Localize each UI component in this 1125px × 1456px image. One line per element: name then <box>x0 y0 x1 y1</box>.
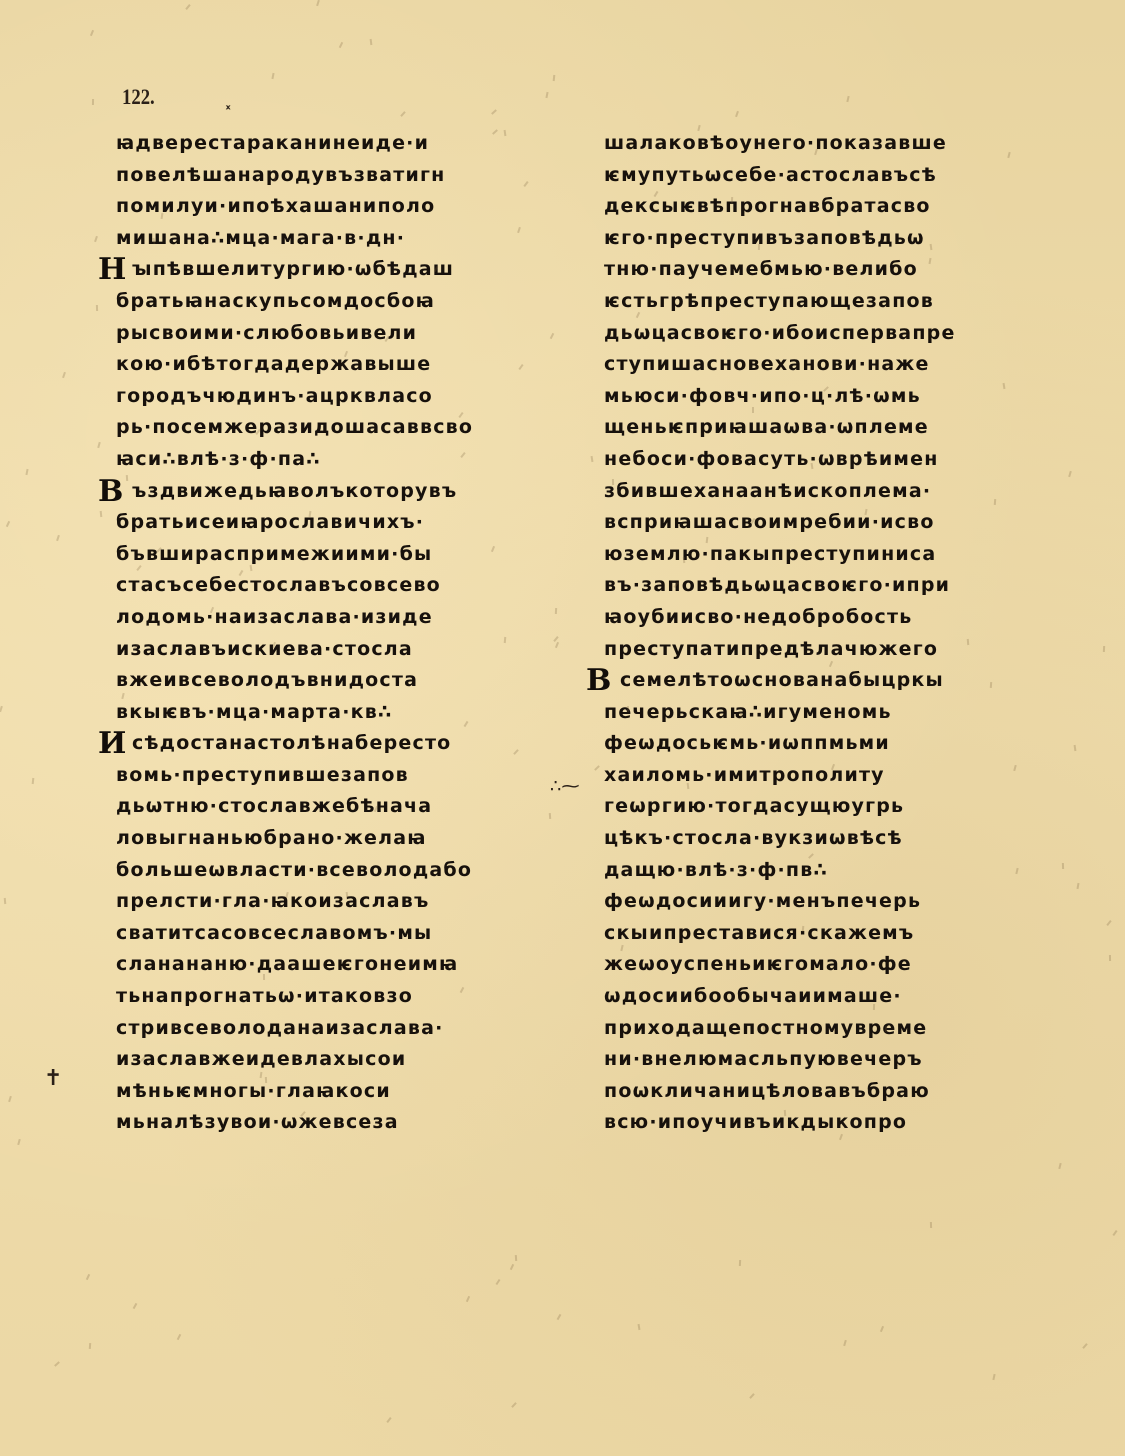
paper-speck <box>62 372 66 378</box>
paper-speck <box>683 557 686 563</box>
line-text: ѡдосиибообычаиимаше· <box>604 985 902 1007</box>
paper-speck <box>92 99 94 105</box>
paper-speck <box>271 73 274 79</box>
text-line: мишана∴мца·мага·в·дн· <box>116 223 556 255</box>
paper-speck <box>557 1314 562 1320</box>
paper-speck <box>731 197 733 203</box>
line-text: повелѣшанародувъзватигн <box>116 164 446 186</box>
paper-speck <box>25 469 28 475</box>
line-text: вомь·преступившезапов <box>116 764 409 786</box>
text-line: братьꙗнаскупьсомдосбоꙗ <box>116 286 556 318</box>
text-line: помилуи·ипоѣхашаниполо <box>116 191 556 223</box>
text-line: Всемелѣтоѡснованабыцркы <box>604 665 1064 697</box>
paper-speck <box>90 30 94 36</box>
paper-speck <box>86 1274 90 1280</box>
text-line: городъчюдинъ·ацрквласо <box>116 381 556 413</box>
text-line: рь·посемжеразидошасаввсво <box>116 412 556 444</box>
paper-speck <box>846 96 849 102</box>
paper-speck <box>94 236 98 242</box>
paper-speck <box>400 111 406 117</box>
line-text: прелсти·гла·ꙗкоизаславъ <box>116 890 429 912</box>
paper-speck <box>1076 883 1079 889</box>
line-text: ѥмупутьѡсебе·астославъсѣ <box>604 164 937 186</box>
paper-speck <box>749 1393 755 1399</box>
paper-speck <box>496 1279 501 1285</box>
text-line: стривсеволоданаизаслава· <box>116 1013 556 1045</box>
paper-speck <box>992 1374 995 1380</box>
text-line: сланананю·даашеѥгонеимꙗ <box>116 949 556 981</box>
text-line: сватитсасовсеславомъ·мы <box>116 918 556 950</box>
paper-speck <box>758 244 760 250</box>
text-line: повелѣшанародувъзватигн <box>116 160 556 192</box>
paper-speck <box>1109 955 1111 961</box>
manuscript-page: 122. ⷯ ✝ ∴⁓ ꙗдверестараканинеиде·иповелѣ… <box>0 0 1125 1456</box>
paper-speck <box>96 305 98 311</box>
paper-speck <box>1106 920 1111 926</box>
text-line: ꙗдверестараканинеиде·и <box>116 128 556 160</box>
text-line: прелсти·гла·ꙗкоизаславъ <box>116 886 556 918</box>
line-text: дащю·влѣ·з·ф·пв∴ <box>604 859 828 881</box>
paper-speck <box>1074 745 1077 751</box>
paper-speck <box>638 1324 641 1330</box>
text-line: Въздвижедьꙗволъкоторувъ <box>116 476 556 508</box>
paper-speck <box>386 1417 391 1423</box>
text-line: ступишасновеханови·наже <box>604 349 1064 381</box>
paper-speck <box>316 0 320 6</box>
line-text: большеѡвласти·всеволодабо <box>116 859 472 881</box>
paper-speck <box>555 642 559 648</box>
paper-speck <box>553 75 556 81</box>
text-line: ѡдосиибообычаиимаше· <box>604 981 1064 1013</box>
line-text: преступатипредѣлачюжего <box>604 638 938 660</box>
line-text: ни·внелюмасльпуювечеръ <box>604 1048 923 1070</box>
line-text: мьюси·фовч·ипо·ц·лѣ·ѡмь <box>604 385 921 407</box>
line-text: дьѡцасвоѥго·ибоиспервапре <box>604 322 956 344</box>
line-text: небоси·фовасуть·ѡврѣимен <box>604 448 939 470</box>
line-text: вкыѥвъ·мца·марта·кв∴ <box>116 701 392 723</box>
paper-speck <box>1103 646 1105 652</box>
line-text: кою·ибѣтогдадержавыше <box>116 353 431 375</box>
paper-speck <box>466 1296 470 1302</box>
line-text: ъздвижедьꙗволъкоторувъ <box>116 480 457 502</box>
text-line: дексыѥвѣпрогнавбратасво <box>604 191 1064 223</box>
paper-speck <box>627 706 629 712</box>
paper-speck <box>511 1402 517 1408</box>
line-text: рысвоими·слюбовьивели <box>116 322 417 344</box>
line-text: стривсеволоданаизаслава· <box>116 1017 444 1039</box>
paper-speck <box>133 1303 138 1309</box>
paper-speck <box>265 1077 267 1083</box>
paper-speck <box>0 706 3 712</box>
line-text: ѥго·преступивъзаповѣдьѡ <box>604 227 925 249</box>
paper-speck <box>97 442 100 448</box>
paper-speck <box>1068 471 1072 477</box>
text-line: шалаковѣоунего·показавше <box>604 128 1064 160</box>
paper-speck <box>177 1334 182 1340</box>
line-text: мишана∴мца·мага·в·дн· <box>116 227 405 249</box>
text-line: дьѡцасвоѥго·ибоиспервапре <box>604 318 1064 350</box>
text-line: ꙗоубиисво·недобробость <box>604 602 1064 634</box>
line-text: печерьскаꙗ∴игуменомь <box>604 701 892 723</box>
text-line: всприꙗшасвоимребии·исво <box>604 507 1064 539</box>
paper-speck <box>967 639 970 645</box>
text-line: феѡдосииигу·менъпечерь <box>604 886 1064 918</box>
paper-speck <box>612 479 614 485</box>
paper-speck <box>549 813 551 819</box>
paper-speck <box>17 1139 20 1145</box>
line-text: сланананю·даашеѥгонеимꙗ <box>116 953 458 975</box>
line-text: братьꙗнаскупьсомдосбоꙗ <box>116 290 435 312</box>
paper-speck <box>994 499 996 505</box>
paper-speck <box>752 407 754 413</box>
paper-speck <box>8 1096 12 1102</box>
paper-speck <box>32 778 35 784</box>
line-text: всприꙗшасвоимребии·исво <box>604 511 935 533</box>
paper-speck <box>510 1264 514 1270</box>
line-text: поѡкличаницѣловавъбраю <box>604 1080 930 1102</box>
text-line: геѡргию·тогдасущюугрь <box>604 791 1064 823</box>
paper-speck <box>491 109 497 115</box>
line-text: ꙗдверестараканинеиде·и <box>116 132 429 154</box>
text-line: ѥго·преступивъзаповѣдьѡ <box>604 223 1064 255</box>
text-line: всю·ипоучивъикдыкопро <box>604 1107 1064 1139</box>
text-line: тьнапрогнатьѡ·итаковзо <box>116 981 556 1013</box>
line-text: тьнапрогнатьѡ·итаковзо <box>116 985 413 1007</box>
line-text: мьналѣзувои·ѡжевсеза <box>116 1111 399 1133</box>
paper-speck <box>740 712 743 718</box>
text-line: изаславъискиева·стосла <box>116 634 556 666</box>
line-text: семелѣтоѡснованабыцркы <box>604 669 944 691</box>
paper-speck <box>1058 1163 1061 1169</box>
initial-capital: В <box>98 476 125 508</box>
text-line: мѣньѥмногы·глаꙗкоси <box>116 1076 556 1108</box>
text-line: ꙗси∴влѣ·з·ф·па∴ <box>116 444 556 476</box>
line-text: городъчюдинъ·ацрквласо <box>116 385 433 407</box>
paper-speck <box>880 1326 884 1332</box>
page-number: 122. <box>122 84 155 110</box>
paper-speck <box>735 111 739 117</box>
paper-speck <box>263 974 265 980</box>
text-line: ловыгнаньюбрано·желаꙗ <box>116 823 556 855</box>
paper-speck <box>1062 863 1064 869</box>
initial-capital: Н <box>98 254 128 286</box>
paper-speck <box>739 1260 741 1266</box>
paper-speck <box>555 608 557 614</box>
left-text-column: ꙗдверестараканинеиде·иповелѣшанародувъзв… <box>116 128 556 1139</box>
line-text: ꙗоубиисво·недобробость <box>604 606 912 628</box>
text-line: большеѡвласти·всеволодабо <box>116 855 556 887</box>
text-line: преступатипредѣлачюжего <box>604 634 1064 666</box>
text-line: тню·паучемебмью·велибо <box>604 254 1064 286</box>
paper-speck <box>89 1343 91 1349</box>
initial-capital: И <box>98 728 128 760</box>
paper-speck <box>784 1110 787 1116</box>
text-line: ѥмупутьѡсебе·астославъсѣ <box>604 160 1064 192</box>
line-text: скыипреставися·скажемъ <box>604 922 914 944</box>
line-text: шалаковѣоунего·показавше <box>604 132 947 154</box>
paper-speck <box>545 92 548 98</box>
text-line: вомь·преступившезапов <box>116 760 556 792</box>
line-text: изаславъискиева·стосла <box>116 638 413 660</box>
line-text: ꙗси∴влѣ·з·ф·па∴ <box>116 448 321 470</box>
text-line: братьисеиꙗрославичихъ· <box>116 507 556 539</box>
text-line: Нꙑпѣвшелитургию·ѡбѣдаш <box>116 254 556 286</box>
paper-speck <box>56 535 60 541</box>
text-line: дьѡтню·стославжебѣнача <box>116 791 556 823</box>
paper-speck <box>4 898 7 904</box>
line-text: рь·посемжеразидошасаввсво <box>116 416 473 438</box>
paper-speck <box>185 4 190 10</box>
paper-speck <box>370 39 373 45</box>
line-text: геѡргию·тогдасущюугрь <box>604 795 904 817</box>
paper-speck <box>990 682 992 688</box>
line-text: збившеханаанѣископлема· <box>604 480 931 502</box>
line-text: сватитсасовсеславомъ·мы <box>116 922 432 944</box>
text-line: печерьскаꙗ∴игуменомь <box>604 697 1064 729</box>
line-text: щеньѥприꙗшаѡва·ѡплеме <box>604 416 929 438</box>
line-text: приходащепостномувреме <box>604 1017 927 1039</box>
text-line: скыипреставися·скажемъ <box>604 918 1064 950</box>
paper-speck <box>100 511 103 517</box>
text-line: ѥстьгрѣпреступающезапов <box>604 286 1064 318</box>
paper-speck <box>126 475 128 481</box>
line-text: ступишасновеханови·наже <box>604 353 930 375</box>
paper-speck <box>54 1361 60 1367</box>
line-text: феѡдосииигу·менъпечерь <box>604 890 921 912</box>
text-line: вжеивсеволодъвнидоста <box>116 665 556 697</box>
paper-speck <box>594 765 600 771</box>
line-text: цѣкъ·стосла·вукзиѡвѣсѣ <box>604 827 903 849</box>
text-line: мьналѣзувои·ѡжевсеза <box>116 1107 556 1139</box>
line-text: бъвшираспримежиими·бы <box>116 543 432 565</box>
paper-speck <box>873 1004 875 1010</box>
line-text: братьисеиꙗрославичихъ· <box>116 511 424 533</box>
text-line: небоси·фовасуть·ѡврѣимен <box>604 444 1064 476</box>
line-text: ꙑпѣвшелитургию·ѡбѣдаш <box>116 258 454 280</box>
paper-speck <box>1082 1343 1087 1349</box>
text-line: изаславжеидевлахысои <box>116 1044 556 1076</box>
paper-speck <box>930 1222 932 1228</box>
text-line: поѡкличаницѣловавъбраю <box>604 1076 1064 1108</box>
initial-capital: В <box>586 665 613 697</box>
line-text: помилуи·ипоѣхашаниполо <box>116 195 435 217</box>
text-line: жеѡоуспеньиѥгомало·фе <box>604 949 1064 981</box>
paper-speck <box>1112 1230 1117 1236</box>
line-text: вжеивсеволодъвнидоста <box>116 669 418 691</box>
paper-speck <box>591 456 594 462</box>
text-line: Исѣдостанастолѣнабересто <box>116 728 556 760</box>
line-text: дексыѥвѣпрогнавбратасво <box>604 195 931 217</box>
line-text: мѣньѥмногы·глаꙗкоси <box>116 1080 391 1102</box>
text-line: кою·ибѣтогдадержавыше <box>116 349 556 381</box>
text-line: мьюси·фовч·ипо·ц·лѣ·ѡмь <box>604 381 1064 413</box>
line-text: ѥстьгрѣпреступающезапов <box>604 290 934 312</box>
line-text: дьѡтню·стославжебѣнача <box>116 795 432 817</box>
right-text-column: шалаковѣоунего·показавшеѥмупутьѡсебе·аст… <box>604 128 1064 1139</box>
text-line: дащю·влѣ·з·ф·пв∴ <box>604 855 1064 887</box>
text-line: ни·внелюмасльпуювечеръ <box>604 1044 1064 1076</box>
text-line: стасъсебестославъсовсево <box>116 570 556 602</box>
text-line: феѡдосьѥмь·иѡппмьми <box>604 728 1064 760</box>
line-text: ловыгнаньюбрано·желаꙗ <box>116 827 427 849</box>
line-text: изаславжеидевлахысои <box>116 1048 406 1070</box>
text-line: вкыѥвъ·мца·марта·кв∴ <box>116 697 556 729</box>
line-text: тню·паучемебмью·велибо <box>604 258 918 280</box>
line-text: феѡдосьѥмь·иѡппмьми <box>604 732 890 754</box>
text-line: щеньѥприꙗшаѡва·ѡплеме <box>604 412 1064 444</box>
text-line: приходащепостномувреме <box>604 1013 1064 1045</box>
paper-speck <box>339 42 343 48</box>
line-text: хаиломь·имитрополиту <box>604 764 885 786</box>
paper-speck <box>515 1255 517 1261</box>
text-line: рысвоими·слюбовьивели <box>116 318 556 350</box>
paper-speck <box>6 521 10 527</box>
text-line: юземлю·пакыпреступиниса <box>604 539 1064 571</box>
text-line: бъвшираспримежиими·бы <box>116 539 556 571</box>
text-line: лодомь·наизаслава·изиде <box>116 602 556 634</box>
line-text: всю·ипоучивъикдыкопро <box>604 1111 907 1133</box>
line-text: жеѡоуспеньиѥгомало·фе <box>604 953 912 975</box>
margin-cross-icon: ✝ <box>44 1066 62 1091</box>
text-line: цѣкъ·стосла·вукзиѡвѣсѣ <box>604 823 1064 855</box>
line-text: въ·заповѣдьѡцасвоѥго·ипри <box>604 574 950 596</box>
paper-speck <box>843 1340 847 1346</box>
line-text: юземлю·пакыпреступиниса <box>604 543 936 565</box>
line-text: сѣдостанастолѣнабересто <box>116 732 451 754</box>
line-text: лодомь·наизаслава·изиде <box>116 606 433 628</box>
